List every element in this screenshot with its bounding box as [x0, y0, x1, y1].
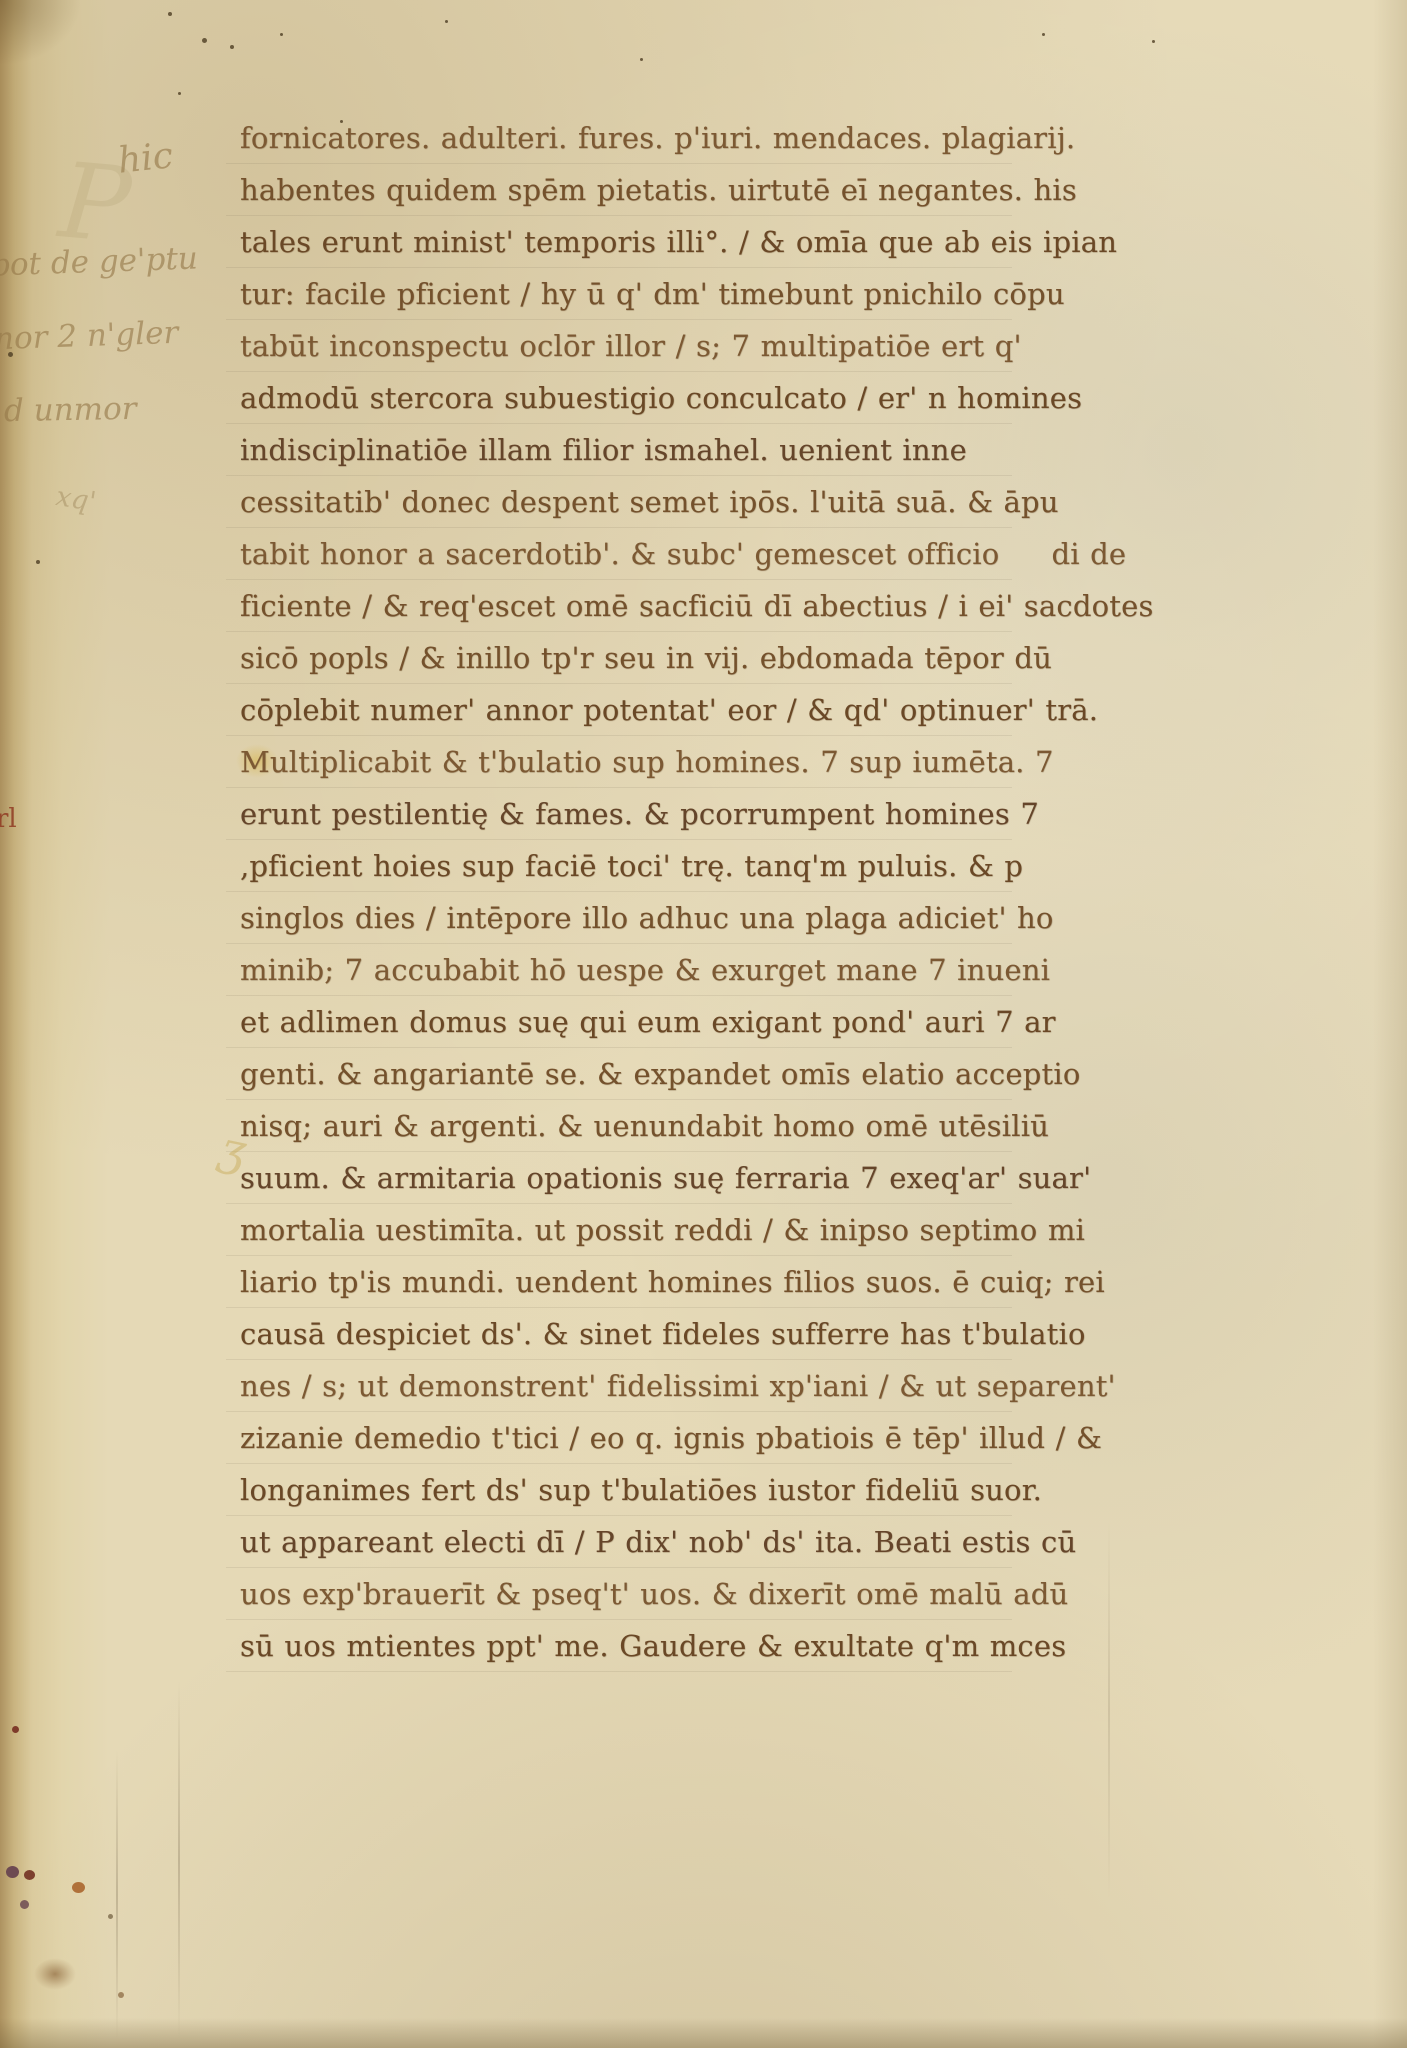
stain-spot: [6, 1866, 19, 1878]
manuscript-line: longanimes fert ds' sup t'bulatiōes iust…: [240, 1464, 1018, 1516]
ink-speck: [230, 45, 234, 49]
ink-speck: [1152, 40, 1155, 43]
margin-faint-mark: xq': [54, 481, 98, 518]
manuscript-line: erunt pestilentię & fames. & pcorrumpent…: [240, 788, 1018, 840]
manuscript-line: tur: facile pficient / hy ū q' dm' timeb…: [240, 268, 1018, 320]
manuscript-line: zizanie demedio t'tici / eo q. ignis pba…: [240, 1412, 1018, 1464]
manuscript-line: admodū stercora subuestigio conculcato /…: [240, 372, 1018, 424]
ink-speck: [280, 33, 283, 36]
manuscript-line: nisq; auri & argenti. & uenundabit homo …: [240, 1100, 1018, 1152]
text-block: fornicatores. adulteri. fures. p'iuri. m…: [240, 112, 1018, 1672]
stain-blotch: [34, 1958, 76, 1990]
manuscript-page: fornicatores. adulteri. fures. p'iuri. m…: [0, 0, 1407, 2048]
manuscript-line: nes / s; ut demonstrent' fidelissimi xp'…: [240, 1360, 1018, 1412]
parchment-crease: [1108, 1520, 1110, 1900]
ink-speck: [1042, 33, 1045, 36]
manuscript-line: uos exp'brauerīt & pseq't' uos. & dixerī…: [240, 1568, 1018, 1620]
stain-spot: [108, 1914, 113, 1919]
ink-speck: [445, 20, 448, 23]
stain-spot: [24, 1870, 35, 1880]
manuscript-line: minib; 7 accubabit hō uespe & exurget ma…: [240, 944, 1018, 996]
manuscript-line: tabit honor a sacerdotib'. & subc' gemes…: [240, 528, 1018, 580]
manuscript-line: causā despiciet ds'. & sinet fideles suf…: [240, 1308, 1018, 1360]
manuscript-line: tabūt inconspectu oclōr illor / s; 7 mul…: [240, 320, 1018, 372]
manuscript-line: mortalia uestimīta. ut possit reddi / & …: [240, 1204, 1018, 1256]
stain-spot: [118, 1992, 124, 1998]
manuscript-line: cōplebit numer' annor potentat' eor / & …: [240, 684, 1018, 736]
manuscript-line: fornicatores. adulteri. fures. p'iuri. m…: [240, 112, 1018, 164]
manuscript-line: et adlimen domus suę qui eum exigant pon…: [240, 996, 1018, 1048]
manuscript-line: ,pficient hoies sup faciē toci' trę. tan…: [240, 840, 1018, 892]
ink-speck: [8, 352, 13, 357]
manuscript-line: sū uos mtientes ppt' me. Gaudere & exult…: [240, 1620, 1018, 1672]
ink-speck: [640, 58, 643, 61]
ink-speck: [178, 92, 181, 95]
ink-speck: [36, 560, 40, 564]
manuscript-line: cessitatib' donec despent semet ipōs. l'…: [240, 476, 1018, 528]
page-bottom-edge: [0, 2018, 1407, 2048]
manuscript-line: singlos dies / intēpore illo adhuc una p…: [240, 892, 1018, 944]
manuscript-line: ut appareant electi dī / P dix' nob' ds'…: [240, 1516, 1018, 1568]
margin-note-line: d unmor: [4, 391, 137, 429]
stain-spot: [20, 1900, 29, 1909]
ink-speck: [202, 38, 207, 43]
manuscript-line: liario tp'is mundi. uendent homines fili…: [240, 1256, 1018, 1308]
manuscript-line: ficiente / & req'escet omē sacficiū dī a…: [240, 580, 1018, 632]
manuscript-line: habentes quidem spēm pietatis. uirtutē e…: [240, 164, 1018, 216]
manuscript-line: Multiplicabit & t'bulatio sup homines. 7…: [240, 736, 1018, 788]
margin-note-hic: hic: [116, 135, 175, 182]
manuscript-line: suum. & armitaria opationis suę ferraria…: [240, 1152, 1018, 1204]
stain-spot: [12, 1726, 19, 1733]
parchment-corner-stain: [0, 0, 80, 64]
manuscript-line: genti. & angariantē se. & expandet omīs …: [240, 1048, 1018, 1100]
ink-speck: [340, 120, 343, 123]
manuscript-line: indisciplinatiōe illam filior ismahel. u…: [240, 424, 1018, 476]
parchment-crease: [178, 1680, 180, 2040]
parchment-crease: [116, 1750, 118, 2040]
margin-note-line: nor 2 n'gler: [0, 315, 179, 357]
manuscript-line: tales erunt minist' temporis illi°. / & …: [240, 216, 1018, 268]
margin-note-line: pot de ge'ptu: [0, 240, 198, 283]
manuscript-line: sicō popls / & inillo tp'r seu in vij. e…: [240, 632, 1018, 684]
ink-speck: [168, 12, 172, 16]
stain-spot: [72, 1882, 85, 1893]
red-edge-mark: rl: [0, 804, 17, 834]
